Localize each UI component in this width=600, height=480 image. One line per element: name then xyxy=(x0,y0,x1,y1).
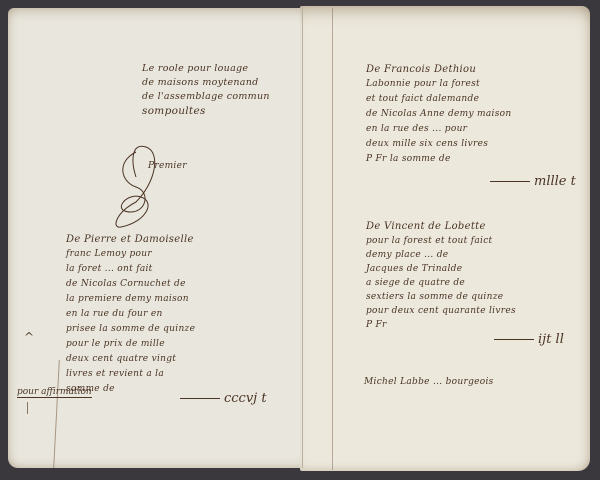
text-line: Le roole pour louage xyxy=(142,62,270,76)
amount-dash xyxy=(180,398,220,399)
amount-dash xyxy=(490,181,530,182)
text-line: en la rue des ... pour xyxy=(366,122,511,137)
amount-dash xyxy=(494,339,534,340)
binding-fold xyxy=(302,6,303,468)
text-line: de l'assemblage commun xyxy=(142,90,270,104)
premier-flourish-icon xyxy=(106,142,176,232)
amount-value: ijt ll xyxy=(538,332,564,347)
text-line: en la rue du four en xyxy=(66,307,195,322)
amount-value: mllle t xyxy=(534,174,576,189)
text-line: pour deux cent quarante livres xyxy=(366,304,516,318)
text-line: prisee la somme de quinze xyxy=(66,322,195,337)
text-line: livres et revient a la xyxy=(66,367,195,382)
right-amount-2: ijt ll xyxy=(494,332,564,347)
right-entry-1-block: De Francois Dethiou Labonnie pour la for… xyxy=(366,62,511,167)
text-line: De Francois Dethiou xyxy=(366,62,511,77)
text-line: deux mille six cens livres xyxy=(366,137,511,152)
text-line: sompoultes xyxy=(142,104,270,118)
text-line: demy place ... de xyxy=(366,248,516,262)
text-line: franc Lemoy pour xyxy=(66,247,195,262)
left-entry-block: De Pierre et Damoiselle franc Lemoy pour… xyxy=(66,232,195,397)
text-line: de maisons moytenand xyxy=(142,76,270,90)
margin-tick xyxy=(27,402,28,414)
amount-value: cccvj t xyxy=(224,391,267,406)
text-line: P Fr la somme de xyxy=(366,152,511,167)
premier-label: Premier xyxy=(148,158,187,174)
text-line: et tout faict dalemande xyxy=(366,92,511,107)
left-amount: cccvj t xyxy=(180,391,267,406)
margin-mark: ^ xyxy=(24,330,34,344)
text-line: Jacques de Trinalde xyxy=(366,262,516,276)
text-line: P Fr xyxy=(366,318,516,332)
left-heading-block: Le roole pour louage de maisons moytenan… xyxy=(142,62,270,118)
text-line: de Nicolas Anne demy maison xyxy=(366,107,511,122)
text-line: la premiere demy maison xyxy=(66,292,195,307)
text-line: deux cent quatre vingt xyxy=(66,352,195,367)
text-line: a siege de quatre de xyxy=(366,276,516,290)
text-line: pour le prix de mille xyxy=(66,337,195,352)
text-line: de Nicolas Cornuchet de xyxy=(66,277,195,292)
text-line: pour la forest et tout faict xyxy=(366,234,516,248)
text-line: la foret ... ont fait xyxy=(66,262,195,277)
margin-note: pour affirmation xyxy=(17,387,92,398)
text-line: Labonnie pour la forest xyxy=(366,77,511,92)
right-margin-rule xyxy=(332,8,333,470)
right-amount-1: mllle t xyxy=(490,174,576,189)
right-entry-2-block: De Vincent de Lobette pour la forest et … xyxy=(366,220,516,332)
text-line: De Pierre et Damoiselle xyxy=(66,232,195,247)
text-line: De Vincent de Lobette xyxy=(366,220,516,234)
text-line: sextiers la somme de quinze xyxy=(366,290,516,304)
right-footer-entry: Michel Labbe ... bourgeois xyxy=(364,374,494,390)
